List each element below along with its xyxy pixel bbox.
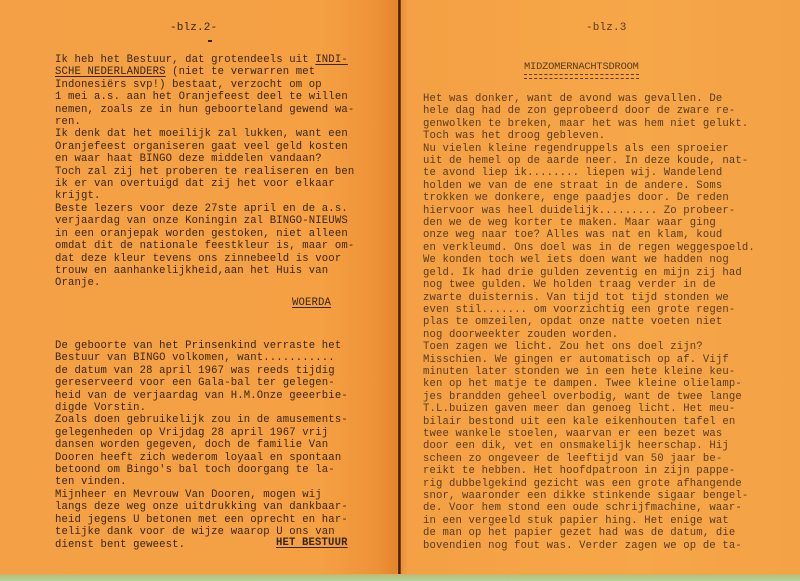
underlined-text: SCHE NEDERLANDERS [55,66,166,78]
text-line: (niet te verwarren met [166,66,316,78]
background-surface [0,574,800,581]
paragraph-oranjefeest: Ik heb het Bestuur, dat grotendeels uit … [55,54,354,290]
signature-het-bestuur: HET BESTUUR [276,537,348,549]
story-body: Het was donker, want de avond was gevall… [423,93,755,552]
signature-woerda: WOERDA [292,297,331,309]
page-number: -blz.2- [170,22,217,34]
paragraph-prinsenkind: De geboorte van het Prinsenkind verraste… [55,340,348,551]
story-title: MIDZOMERNACHTSDROOM [524,61,639,79]
title-text: MIDZOMERNACHTSDROOM [524,61,639,73]
double-underline [524,74,639,79]
paragraph-body: Indonesiërs svp!) bestaat, verzocht om o… [55,79,354,290]
text-line: Ik heb het Bestuur, dat grotendeels uit [55,54,315,66]
page-number: -blz.3 [586,22,627,34]
underlined-text: INDI- [315,54,348,66]
typed-dash-mark [208,40,212,42]
left-page: -blz.2- Ik heb het Bestuur, dat grotende… [0,0,398,574]
right-page: -blz.3 MIDZOMERNACHTSDROOM Het was donke… [401,0,800,574]
